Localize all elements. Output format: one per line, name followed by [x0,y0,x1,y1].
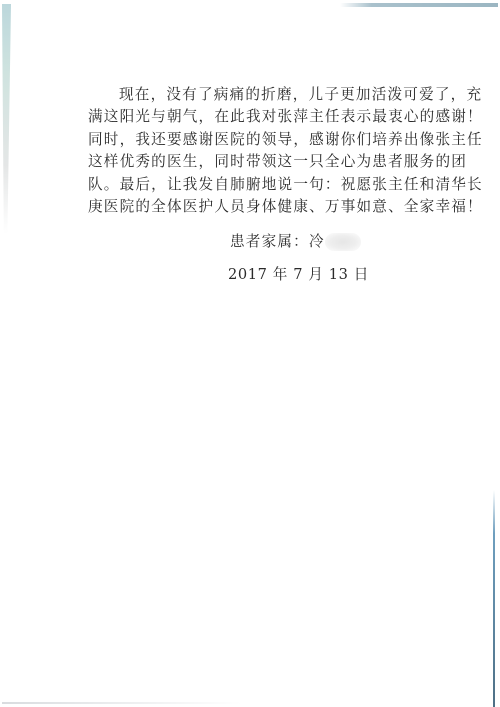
scan-edge-left [2,4,11,234]
letter-line-3: 同时，我还要感谢医院的领导，感谢你们培养出像张主任 [88,129,418,151]
scan-edge-bottom [2,702,242,704]
scan-edge-top [340,3,498,7]
letter-line-1: 现在，没有了病痛的折磨，儿子更加活泼可爱了，充 [88,84,418,106]
letter-body: 现在，没有了病痛的折磨，儿子更加活泼可爱了，充 满这阳光与朝气，在此我对张萍主任… [88,84,418,218]
scanned-letter-page: 现在，没有了病痛的折磨，儿子更加活泼可爱了，充 满这阳光与朝气，在此我对张萍主任… [0,0,500,707]
redacted-name-blur [325,233,361,251]
scan-edge-right [493,490,495,707]
signature-label: 患者家属： [230,233,309,250]
letter-line-2: 满这阳光与朝气，在此我对张萍主任表示最衷心的感谢！ [88,106,418,128]
signature-block: 患者家属：冷 [230,230,361,251]
letter-line-6: 庚医院的全体医护人员身体健康、万事如意、全家幸福！ [88,196,418,218]
letter-line-4: 这样优秀的医生，同时带领这一只全心为患者服务的团 [88,151,418,173]
signature-name: 冷 [309,233,325,250]
letter-line-5: 队。最后，让我发自肺腑地说一句：祝愿张主任和清华长 [88,174,418,196]
letter-date: 2017 年 7 月 13 日 [228,263,369,284]
